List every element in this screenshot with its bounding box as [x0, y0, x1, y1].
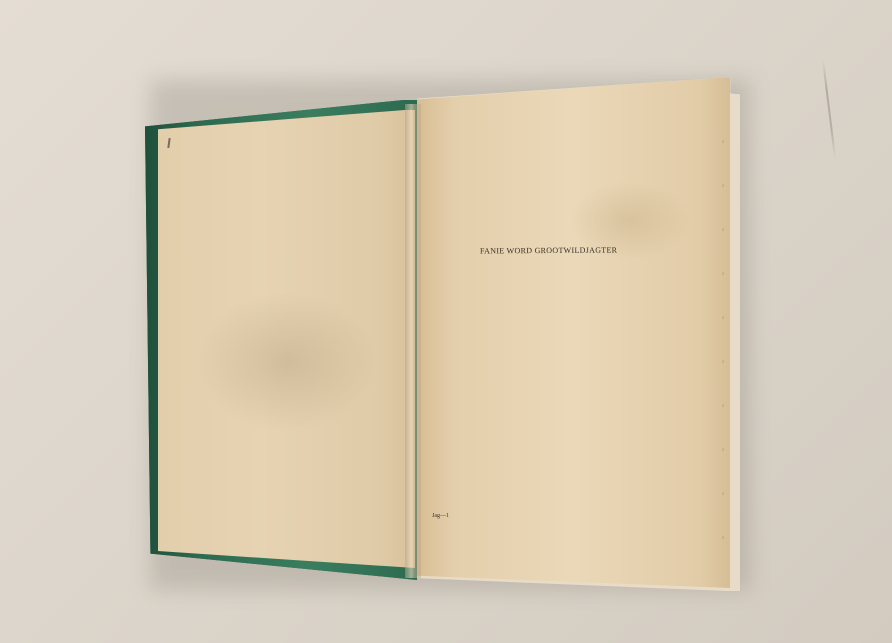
signature-mark: Jag—1 — [432, 513, 449, 519]
book-gutter — [405, 104, 421, 578]
half-title: FANIE WORD GROOTWILDJAGTER — [480, 245, 625, 255]
surface-crack — [822, 60, 836, 159]
right-page — [417, 78, 730, 588]
left-endpaper — [158, 110, 415, 568]
page-edge-foxing — [722, 100, 724, 570]
